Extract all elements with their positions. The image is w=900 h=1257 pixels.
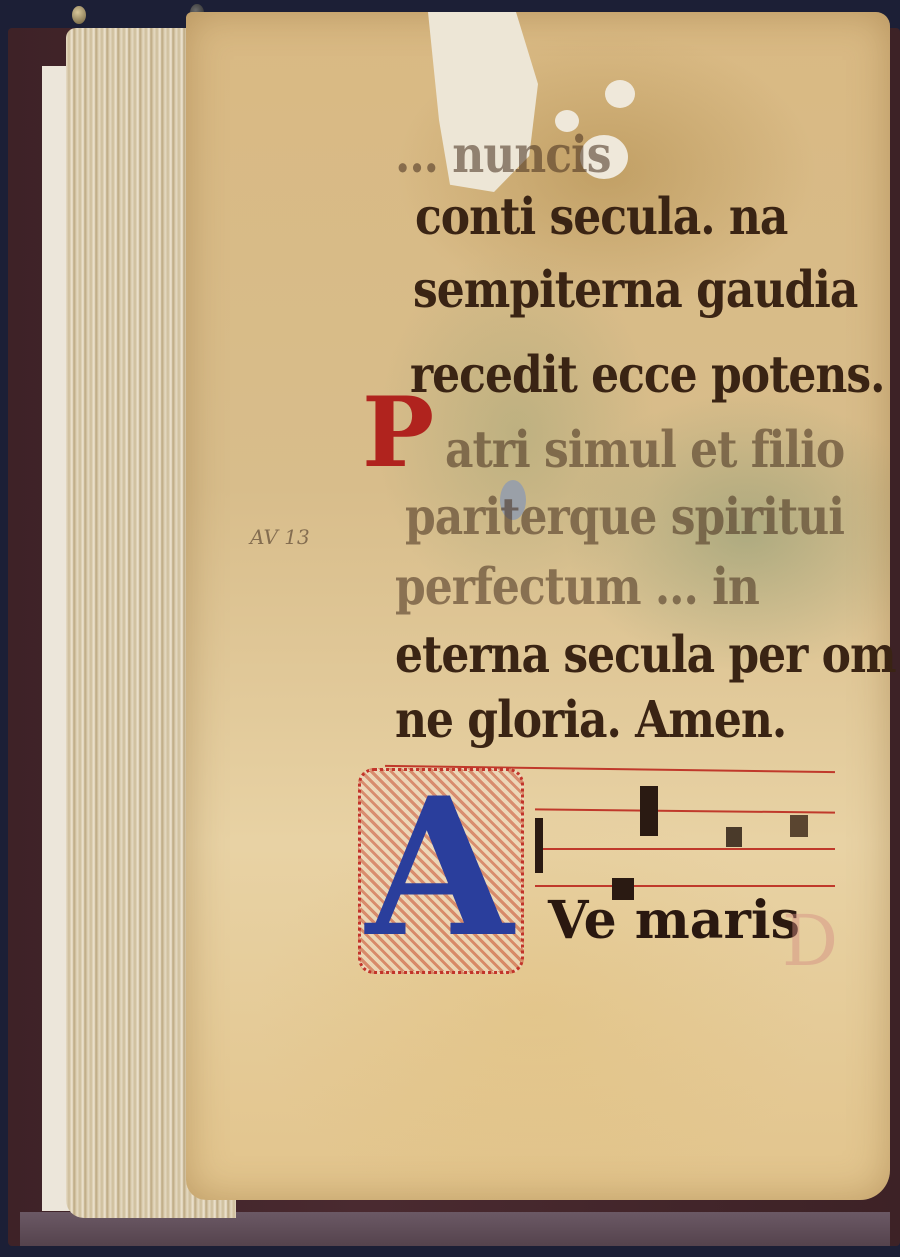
neume-note xyxy=(790,815,808,837)
folio-mark: AV 13 xyxy=(250,525,310,549)
clef xyxy=(535,818,543,873)
text-line: ne gloria. Amen. xyxy=(395,691,786,750)
neume-note xyxy=(726,827,742,847)
text-line: perfectum ... in xyxy=(395,558,759,617)
binding-stud xyxy=(72,6,86,24)
text-line: eterna secula per om xyxy=(395,626,896,685)
neume-note xyxy=(640,786,658,836)
text-line: pariterque spiritui xyxy=(405,488,844,547)
text-line: conti secula. na xyxy=(415,188,787,247)
text-line: sempiterna gaudia xyxy=(413,261,857,320)
staff-line xyxy=(535,848,835,850)
staff-line xyxy=(535,885,835,887)
text-line: recedit ecce potens. xyxy=(410,346,884,405)
chant-lyric: Ve maris xyxy=(548,890,800,951)
red-initial-p: P xyxy=(362,385,434,481)
text-line: atri simul et filio xyxy=(445,421,844,480)
parchment-hole xyxy=(605,80,635,108)
ghost-initial-d: D xyxy=(782,900,838,982)
text-line: ... nuncis xyxy=(395,126,611,185)
illuminated-initial-a: A xyxy=(362,770,517,965)
